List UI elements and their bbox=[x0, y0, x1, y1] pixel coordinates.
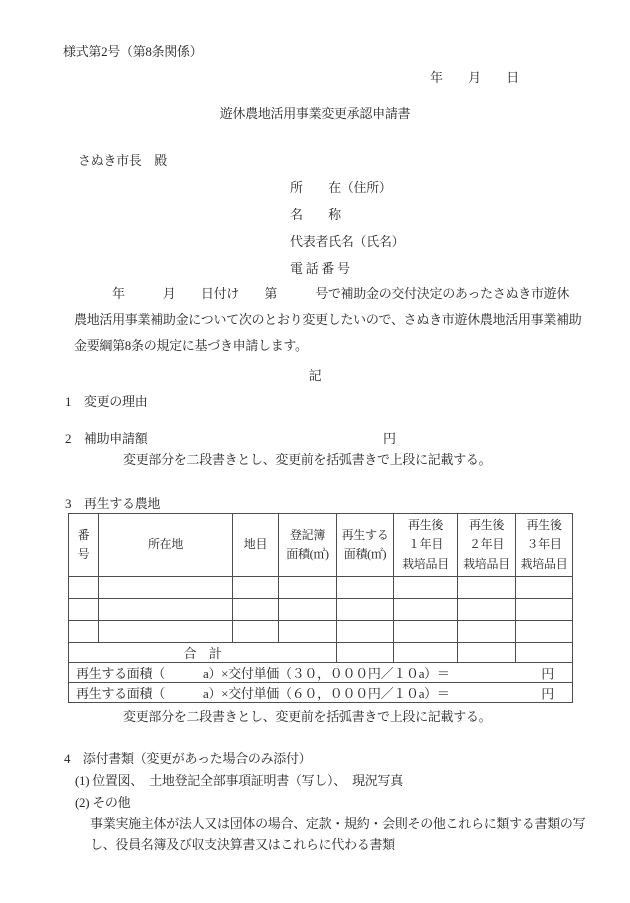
table-formula-row-30000: 再生する面積（ a）×交付単価（３０，０００円／１０a）＝円 bbox=[69, 663, 573, 683]
empty-cell bbox=[458, 577, 516, 599]
total-value-cell bbox=[458, 643, 516, 663]
total-value-cell bbox=[516, 643, 573, 663]
empty-cell bbox=[458, 621, 516, 643]
document-page: 様式第2号（第8条関係） 年 月 日 遊休農地活用事業変更承認申請書 さぬき市長… bbox=[0, 0, 630, 903]
empty-cell bbox=[337, 599, 394, 621]
form-number: 様式第2号（第8条関係） bbox=[63, 45, 202, 58]
section2-yen-unit: 円 bbox=[383, 432, 396, 445]
table-formula-row-60000: 再生する面積（ a）×交付単価（６０，０００円／１０a）＝円 bbox=[69, 683, 573, 703]
table-empty-row bbox=[69, 599, 573, 621]
body-paragraph-line: 農地活用事業補助金について次のとおり変更したいので、さぬき市遊休農地活用事業補助 bbox=[74, 313, 581, 326]
empty-cell bbox=[233, 621, 279, 643]
empty-cell bbox=[279, 577, 337, 599]
empty-cell bbox=[516, 599, 573, 621]
header-registered-area: 登記簿 面積(㎡) bbox=[279, 514, 337, 577]
header-number: 番 号 bbox=[69, 514, 99, 577]
section4-item-2: (2) その他 bbox=[75, 796, 130, 809]
empty-cell bbox=[69, 577, 99, 599]
section2-heading: 2 補助申請額 bbox=[65, 432, 147, 445]
total-label-cell: 合 計 bbox=[69, 643, 337, 663]
header-year3-crop: 再生後 ３年目 栽培品目 bbox=[516, 514, 573, 577]
document-title: 遊休農地活用事業変更承認申請書 bbox=[0, 107, 630, 120]
table-total-row: 合 計 bbox=[69, 643, 573, 663]
empty-cell bbox=[458, 599, 516, 621]
section4-body-line: 事業実施主体が法人又は団体の場合、定款・規約・会則その他これらに類する書類の写 bbox=[90, 817, 585, 830]
header-year1-crop: 再生後 １年目 栽培品目 bbox=[394, 514, 458, 577]
header-location: 所在地 bbox=[99, 514, 233, 577]
empty-cell bbox=[233, 577, 279, 599]
empty-cell bbox=[99, 621, 233, 643]
total-value-cell bbox=[337, 643, 394, 663]
addressee-line: さぬき市長 殿 bbox=[78, 154, 167, 167]
formula-text: 再生する面積（ a）×交付単価（６０，０００円／１０a）＝ bbox=[76, 686, 450, 701]
applicant-phone-label: 電 話 番 号 bbox=[290, 262, 350, 275]
empty-cell bbox=[516, 621, 573, 643]
total-value-cell bbox=[394, 643, 458, 663]
section2-note: 変更部分を二段書きとし、変更前を括弧書きで上段に記載する。 bbox=[123, 453, 491, 466]
header-year2-crop: 再生後 ２年目 栽培品目 bbox=[458, 514, 516, 577]
body-paragraph-line: 金要綱第8条の規定に基づき申請します。 bbox=[74, 339, 308, 352]
formula-yen-unit: 円 bbox=[541, 683, 554, 702]
empty-cell bbox=[69, 621, 99, 643]
ki-marker: 記 bbox=[0, 369, 630, 382]
applicant-representative-label: 代表者氏名（氏名） bbox=[290, 235, 404, 248]
table-header-row: 番 号 所在地 地目 登記簿 面積(㎡) 再生する 面積(㎡) 再生後 １年目 … bbox=[69, 514, 573, 577]
header-regenerated-area: 再生する 面積(㎡) bbox=[337, 514, 394, 577]
table-empty-rows bbox=[69, 577, 573, 643]
applicant-name-label: 名 称 bbox=[290, 208, 341, 221]
date-line: 年 月 日 bbox=[430, 71, 519, 84]
empty-cell bbox=[337, 577, 394, 599]
empty-cell bbox=[69, 599, 99, 621]
empty-cell bbox=[394, 599, 458, 621]
formula-yen-unit: 円 bbox=[541, 663, 554, 682]
formula-text: 再生する面積（ a）×交付単価（３０，０００円／１０a）＝ bbox=[76, 666, 450, 681]
empty-cell bbox=[516, 577, 573, 599]
section4-item-1: (1) 位置図、 土地登記全部事項証明書（写し）、 現況写真 bbox=[75, 774, 403, 787]
section4-heading: 4 添付書類（変更があった場合のみ添付） bbox=[64, 752, 311, 765]
section1-heading: 1 変更の理由 bbox=[65, 395, 147, 408]
section3-heading: 3 再生する農地 bbox=[65, 497, 160, 510]
applicant-address-label: 所 在（住所） bbox=[290, 181, 392, 194]
empty-cell bbox=[233, 599, 279, 621]
section4-body-line: し、役員名簿及び収支決算書又はこれらに代わる書類 bbox=[90, 838, 395, 851]
empty-cell bbox=[394, 577, 458, 599]
table-note: 変更部分を二段書きとし、変更前を括弧書きで上段に記載する。 bbox=[123, 710, 491, 723]
empty-cell bbox=[279, 621, 337, 643]
empty-cell bbox=[279, 599, 337, 621]
empty-cell bbox=[99, 599, 233, 621]
table-empty-row bbox=[69, 577, 573, 599]
empty-cell bbox=[337, 621, 394, 643]
empty-cell bbox=[394, 621, 458, 643]
table-empty-row bbox=[69, 621, 573, 643]
header-land-category: 地目 bbox=[233, 514, 279, 577]
farmland-table: 番 号 所在地 地目 登記簿 面積(㎡) 再生する 面積(㎡) 再生後 １年目 … bbox=[68, 513, 573, 703]
body-paragraph-line: 年 月 日付け 第 号で補助金の交付決定のあったさぬき市遊休 bbox=[112, 287, 569, 300]
empty-cell bbox=[99, 577, 233, 599]
